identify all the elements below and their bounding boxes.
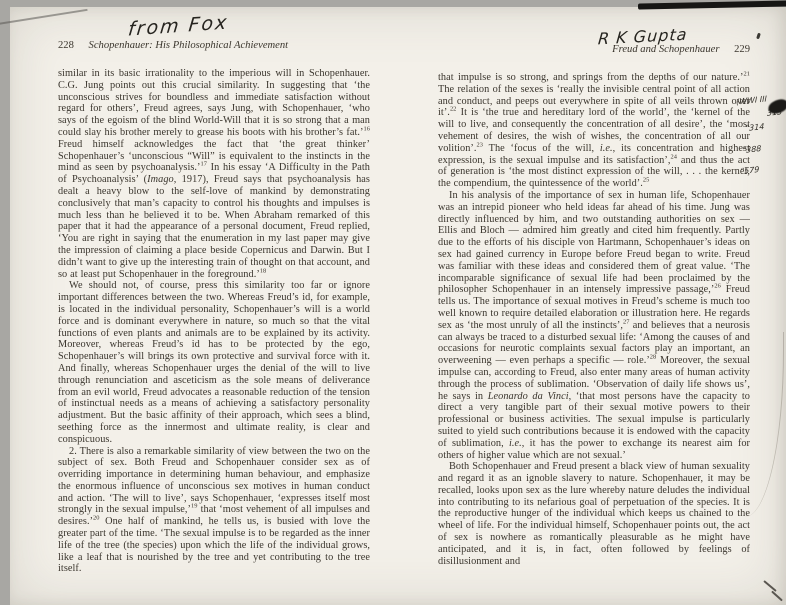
right-paragraph-2: In his analysis of the importance of sex… (438, 190, 750, 461)
corner-scratch-mark (771, 591, 783, 602)
scanned-book-spread: from Fox R K Gupta 228 Schopenhauer: His… (10, 7, 786, 605)
paper-crease-line (745, 332, 784, 517)
right-paragraph-1: that impulse is so strong, and springs f… (438, 72, 750, 190)
margin-note-388: “388 (742, 144, 761, 155)
left-running-title: Schopenhauer: His Philosophical Achievem… (89, 40, 289, 51)
corner-scratch-mark (763, 580, 777, 592)
left-paragraph-2: We should not, of course, press this sim… (58, 280, 370, 445)
right-paragraph-3: Both Schopenhauer and Freud present a bl… (438, 461, 750, 567)
right-page-body: that impulse is so strong, and springs f… (438, 72, 750, 567)
stray-pen-mark (756, 33, 761, 40)
right-running-title: Freud and Schopenhauer (612, 44, 719, 55)
margin-note-579: “579 (740, 165, 759, 176)
left-page-header: 228 Schopenhauer: His Philosophical Achi… (58, 40, 370, 51)
right-page-header: Freud and Schopenhauer 229 (438, 44, 750, 55)
ink-blot (767, 98, 786, 115)
handwriting-from-fox: from Fox (127, 11, 230, 40)
margin-note-314: “314 (745, 122, 764, 133)
left-paragraph-1: similar in its basic irrationality to th… (58, 68, 370, 280)
left-page-number: 228 (58, 40, 74, 51)
left-paragraph-3: 2. There is also a remarkable similarity… (58, 446, 370, 576)
margin-note-source: (WWI III (736, 94, 767, 106)
left-page: 228 Schopenhauer: His Philosophical Achi… (58, 40, 370, 575)
left-page-body: similar in its basic irrationality to th… (58, 68, 370, 575)
right-page-number: 229 (734, 44, 750, 55)
right-page: Freud and Schopenhauer 229 that impulse … (438, 44, 750, 567)
